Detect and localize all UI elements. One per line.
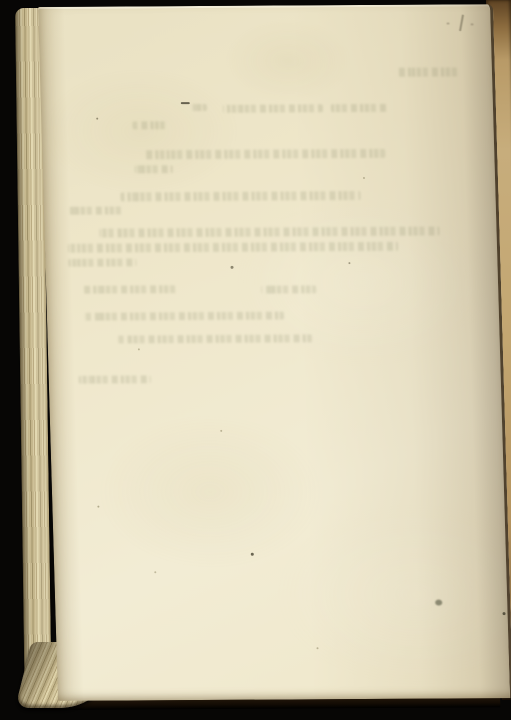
scanned-book-photo: Blank aged cream page of an open book ph… — [0, 0, 511, 720]
speck — [435, 600, 442, 606]
pencil-dot — [447, 22, 450, 24]
bleed-line — [132, 121, 166, 129]
speck — [96, 118, 98, 120]
pencil-stroke — [459, 14, 464, 31]
bleed-line — [120, 191, 360, 201]
speck — [97, 506, 99, 508]
speck — [503, 612, 506, 615]
bleed-line — [117, 334, 312, 343]
page-description: Blank aged cream page of an open book ph… — [38, 7, 39, 8]
gutter-shadow — [291, 4, 510, 699]
bleed-line — [142, 149, 385, 159]
speck — [220, 430, 222, 432]
bleed-line — [99, 227, 439, 238]
speck — [316, 647, 318, 649]
speck — [138, 348, 140, 350]
bleed-through-text — [38, 4, 510, 701]
bleed-line — [191, 104, 207, 111]
bleed-line — [223, 104, 323, 113]
bleed-line — [331, 104, 387, 112]
bleed-line — [81, 285, 176, 294]
paper-texture — [38, 4, 510, 701]
bleed-line — [79, 375, 151, 383]
bleed-line — [398, 67, 460, 76]
paper-specks — [38, 4, 510, 701]
pencil-dot — [471, 23, 474, 25]
speck — [348, 262, 350, 264]
speck — [251, 553, 254, 556]
speck — [363, 177, 365, 179]
speck — [154, 571, 156, 573]
book-page: Blank aged cream page of an open book ph… — [38, 4, 511, 701]
bleed-line — [68, 242, 398, 253]
bleed-line — [67, 206, 122, 214]
speck — [230, 266, 233, 269]
bleed-line — [68, 258, 136, 266]
bleed-line — [135, 165, 173, 173]
bleed-line — [261, 285, 316, 293]
speck — [181, 102, 190, 104]
bleed-line — [84, 312, 284, 321]
